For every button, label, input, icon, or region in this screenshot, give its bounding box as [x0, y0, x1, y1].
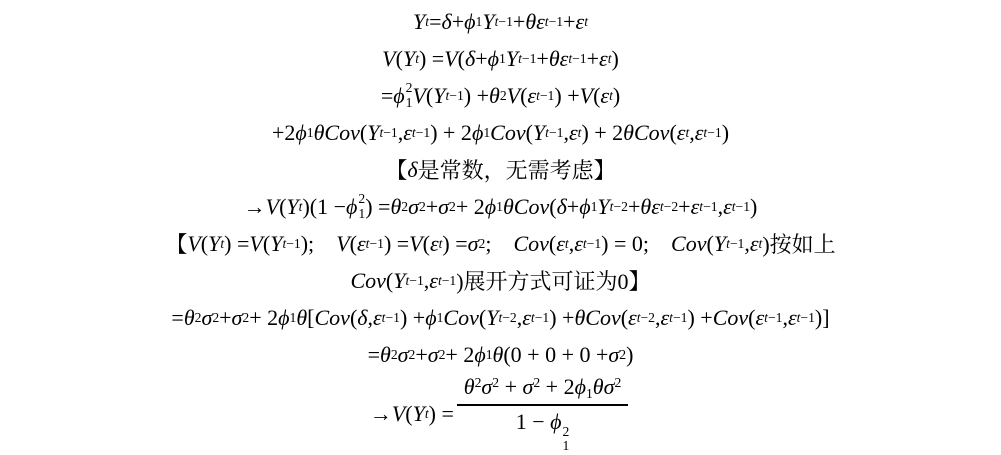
- final-variance-formula: → V(Yt) = θ2σ2 + σ2 + 2ϕ1θσ21 − ϕ21: [370, 373, 631, 455]
- simplified-line: = θ2σ2 + σ2 + 2ϕ1θ(0 + 0 + 0 + σ2): [368, 336, 634, 373]
- variance-definition-line: V(Yt) = V(δ + ϕ1Yt−1 + θεt−1 + εt): [382, 40, 619, 77]
- derivation-sheet: Yt = δ + ϕ1Yt−1 + θεt−1 + εt V(Yt) = V(δ…: [0, 0, 1001, 455]
- note-delta-constant: 【δ是常数，无需考虑】: [385, 151, 615, 188]
- variance-rearranged-line: → V(Yt)(1 − ϕ21) = θ2σ2 + σ2 + 2ϕ1θCov(δ…: [244, 188, 758, 225]
- note-assumptions-line-2: Cov(Yt−1, εt−1)展开方式可证为0】: [350, 262, 650, 299]
- note-assumptions-line-1: 【V(Yt) = V(Yt−1); V(εt−1) = V(εt) = σ2; …: [165, 225, 835, 262]
- covariance-expansion-line: = θ2σ2 + σ2 + 2ϕ1θ[Cov(δ, εt−1) + ϕ1Cov(…: [171, 299, 829, 336]
- variance-expansion-line: = ϕ21V(Yt−1) + θ2V(εt−1) + V(εt): [381, 77, 620, 114]
- covariance-terms-line: +2ϕ1θCov(Yt−1, εt−1) + 2ϕ1Cov(Yt−1, εt) …: [272, 114, 729, 151]
- arma-model-equation: Yt = δ + ϕ1Yt−1 + θεt−1 + εt: [413, 3, 588, 40]
